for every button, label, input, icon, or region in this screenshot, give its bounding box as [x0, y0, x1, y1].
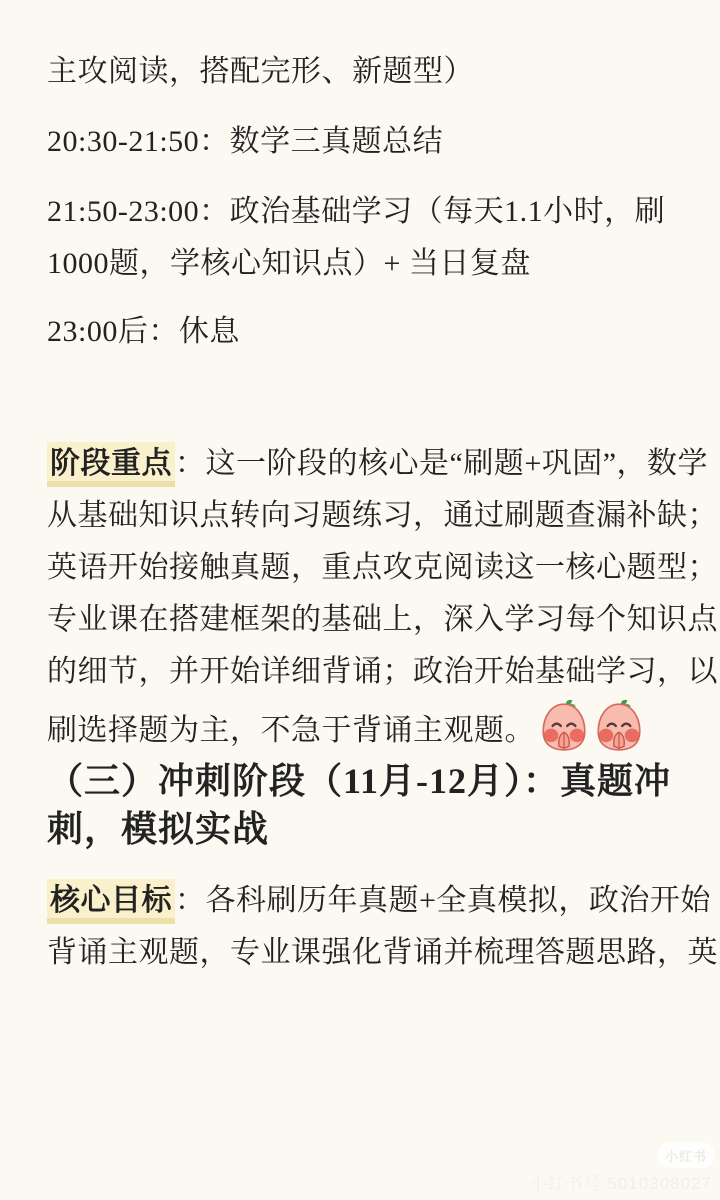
- stage-focus-line-6: 刷选择题为主，不急于背诵主观题。: [47, 714, 645, 747]
- paragraph-line-2: 1000题，学核心知识点）+ 当日复盘: [47, 247, 531, 280]
- paragraph-english-reading: 主攻阅读，搭配完形、新题型）: [47, 46, 675, 98]
- note-content: 主攻阅读，搭配完形、新题型） 20:30-21:50：数学三真题总结 21:50…: [47, 0, 675, 979]
- xiaohongshu-badge-label: 小红书: [665, 1146, 707, 1165]
- stage-focus-line-2: 从基础知识点转向习题练习，通过刷题查漏补缺；: [47, 499, 718, 532]
- stage-focus-line-4: 专业课在搭建框架的基础上，深入学习每个知识点: [47, 603, 718, 636]
- paragraph-text: 主攻阅读，搭配完形、新题型）: [47, 55, 474, 88]
- core-goal-line-1: 核心目标：各科刷历年真题+全真模拟，政治开始: [47, 879, 711, 924]
- sprint-stage-heading: （三）冲刺阶段（11月-12月）：真题冲 刺，模拟实战: [47, 757, 675, 853]
- core-goal-line-2: 背诵主观题，专业课强化背诵并梳理答题思路，英: [47, 936, 718, 969]
- paragraph-stage-focus: 阶段重点：这一阶段的核心是“刷题+巩固”，数学 从基础知识点转向习题练习，通过刷…: [47, 438, 675, 757]
- paragraph-core-goal: 核心目标：各科刷历年真题+全真模拟，政治开始 背诵主观题，专业课强化背诵并梳理答…: [47, 875, 675, 979]
- paragraph-math-slot: 20:30-21:50：数学三真题总结: [47, 116, 675, 168]
- paragraph-politics-slot: 21:50-23:00：政治基础学习（每天1.1小时，刷 1000题，学核心知识…: [47, 186, 675, 290]
- stage-focus-line-5: 的细节，并开始详细背诵；政治开始基础学习，以: [47, 655, 718, 688]
- core-goal-after-label: ：各科刷历年真题+全真模拟，政治开始: [175, 884, 711, 917]
- study-plan-page: 主攻阅读，搭配完形、新题型） 20:30-21:50：数学三真题总结 21:50…: [0, 0, 720, 1200]
- praying-peach-emoji: [538, 698, 590, 752]
- paragraph-text: 20:30-21:50：数学三真题总结: [47, 125, 443, 158]
- core-goal-label: 核心目标: [47, 879, 175, 924]
- heading-line-2: 刺，模拟实战: [47, 809, 269, 849]
- stage-focus-label: 阶段重点: [47, 442, 175, 487]
- stage-focus-line-1: 阶段重点：这一阶段的核心是“刷题+巩固”，数学: [47, 442, 708, 487]
- stage-focus-after-label: ：这一阶段的核心是“刷题+巩固”，数学: [175, 447, 708, 480]
- stage-focus-line-3: 英语开始接触真题，重点攻克阅读这一核心题型；: [47, 551, 718, 584]
- paragraph-line-1: 21:50-23:00：政治基础学习（每天1.1小时，刷: [47, 195, 665, 228]
- stage-focus-line-6-text: 刷选择题为主，不急于背诵主观题。: [47, 714, 535, 747]
- xiaohongshu-account-id: 小红书号 5010308027: [530, 1169, 712, 1194]
- xiaohongshu-badge: 小红书: [657, 1142, 715, 1168]
- heading-line-1: （三）冲刺阶段（11月-12月）：真题冲: [47, 761, 671, 801]
- paragraph-rest-slot: 23:00后：休息: [47, 306, 675, 358]
- paragraph-text: 23:00后：休息: [47, 315, 240, 348]
- praying-peach-emoji: [593, 698, 645, 752]
